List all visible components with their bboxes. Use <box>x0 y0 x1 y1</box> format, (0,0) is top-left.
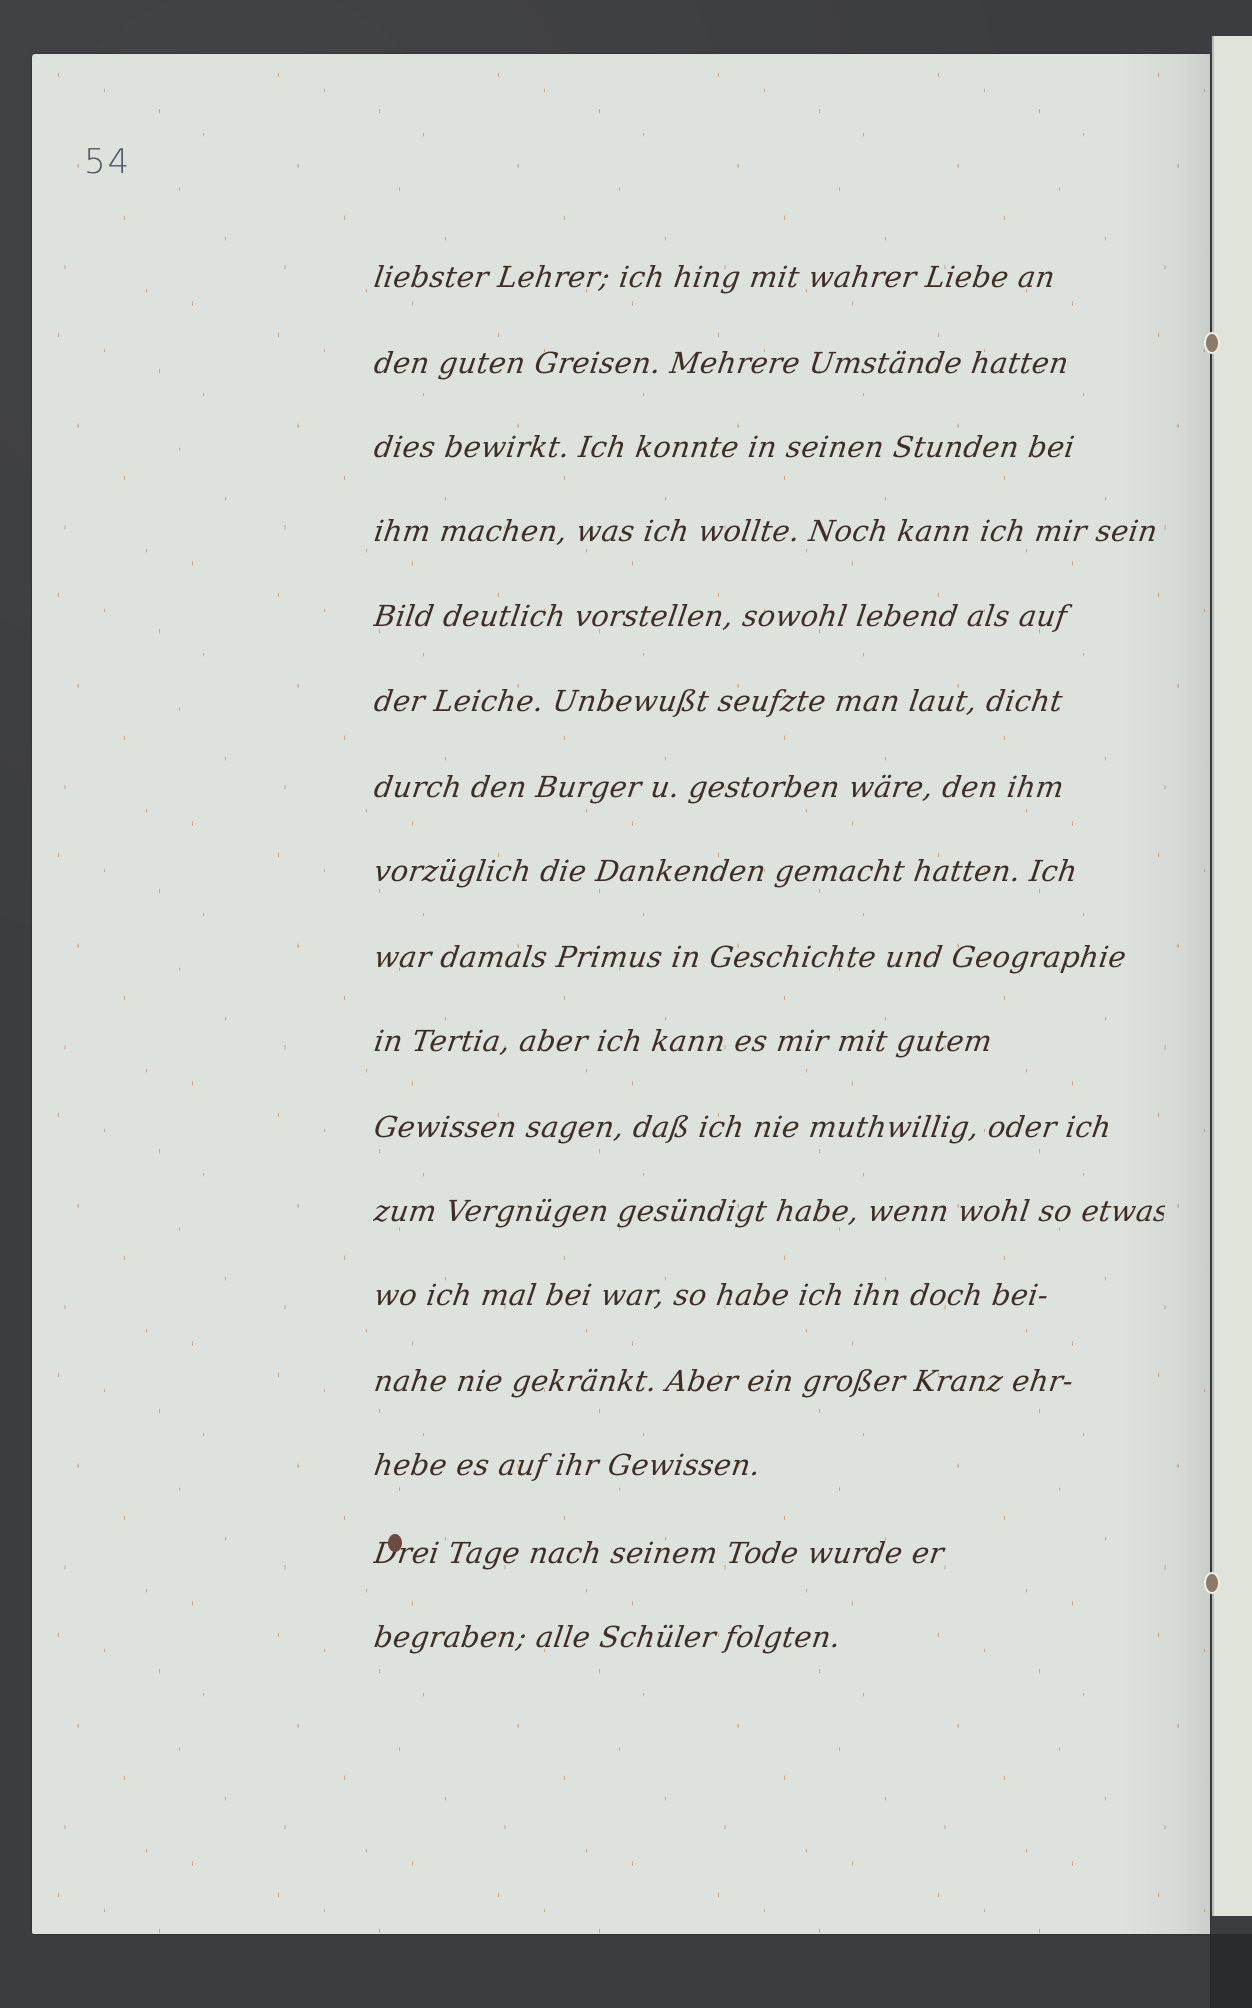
text-line: in Tertia, aber ich kann es mir mit gute… <box>372 1024 1167 1058</box>
text-line: hebe es auf ihr Gewissen. <box>372 1448 1167 1482</box>
binding-shadow <box>1210 1934 1252 2008</box>
text-line: liebster Lehrer; ich hing mit wahrer Lie… <box>372 260 1167 294</box>
text-line: vorzüglich die Dankenden gemacht hatten.… <box>372 854 1167 888</box>
facing-page-edge <box>1212 36 1252 1916</box>
text-line: war damals Primus in Geschichte und Geog… <box>372 940 1167 974</box>
text-line: wo ich mal bei war, so habe ich ihn doch… <box>372 1278 1167 1312</box>
text-line: Gewissen sagen, daß ich nie muthwillig, … <box>372 1110 1167 1144</box>
binding-hole <box>1206 334 1218 352</box>
manuscript-page: 54 liebster Lehrer; ich hing mit wahrer … <box>32 54 1210 1934</box>
binding-hole <box>1206 1574 1218 1592</box>
folio-number: 54 <box>84 142 131 182</box>
text-line: begraben; alle Schüler folgten. <box>372 1620 1167 1654</box>
text-line: Drei Tage nach seinem Tode wurde er <box>372 1536 1167 1570</box>
text-line: den guten Greisen. Mehrere Umstände hatt… <box>372 346 1167 380</box>
text-line: nahe nie gekränkt. Aber ein großer Kranz… <box>372 1364 1167 1398</box>
text-line: Bild deutlich vorstellen, sowohl lebend … <box>372 599 1167 633</box>
text-line: der Leiche. Unbewußt seufzte man laut, d… <box>372 684 1167 718</box>
ink-blot <box>388 1534 402 1552</box>
text-line: durch den Burger u. gestorben wäre, den … <box>372 770 1167 804</box>
text-line: dies bewirkt. Ich konnte in seinen Stund… <box>372 430 1167 464</box>
text-line: zum Vergnügen gesündigt habe, wenn wohl … <box>372 1194 1167 1228</box>
text-line: ihm machen, was ich wollte. Noch kann ic… <box>372 514 1167 548</box>
